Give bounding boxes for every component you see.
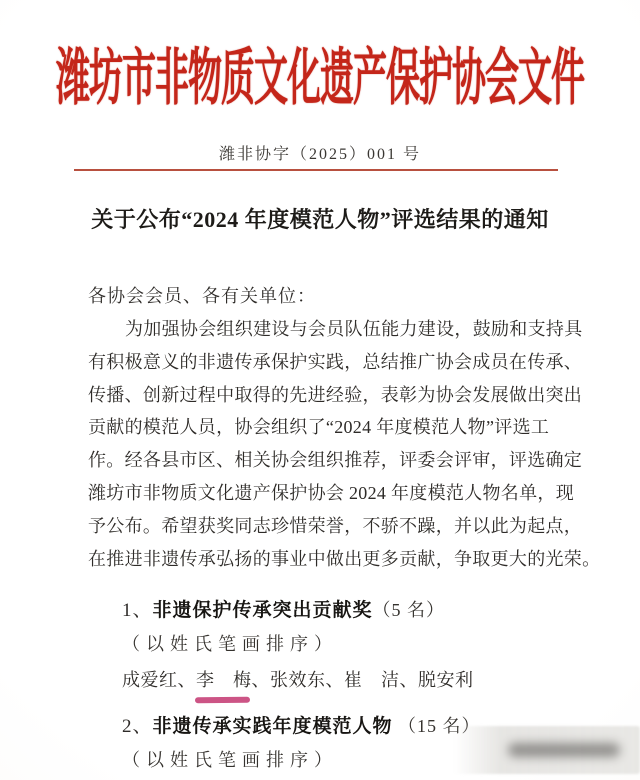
section-quota: （5 名） [373,600,446,620]
section-title: 非遗传承实践年度模范人物 [153,716,393,737]
notice-title: 关于公布“2024 年度模范人物”评选结果的通知 [0,203,640,234]
name-highlighted-underline: 李 梅 [196,664,252,697]
body-line: 为加强协会组织建设与会员队伍能力建设，鼓励和支持具 [88,313,566,346]
letterhead: 潍坊市非物质文化遗产保护协会文件 [0,36,640,108]
official-document-page: 潍坊市非物质文化遗产保护协会文件 潍非协字（2025）001 号 关于公布“20… [0,0,640,780]
body-line: 有积极意义的非遗传承保护实践，总结推广协会成员在传承、 [88,346,566,379]
award-section-1-names: 成爱红、李 梅、张效东、崔 洁、脱安利 [122,664,474,697]
letterhead-title: 潍坊市非物质文化遗产保护协会文件 [56,28,584,116]
body-line: 潍坊市非物质文化遗产保护协会 2024 年度模范人物名单，现 [88,477,566,510]
award-section-1-sort-note: （以姓氏笔画排序） [122,628,338,661]
salutation: 各协会会员、各有关单位： [88,280,316,313]
section-number: 2、 [122,716,153,737]
body-line: 传播、创新过程中取得的先进经验，表彰为协会发展做出突出 [88,379,566,412]
blurred-watermark-text [508,743,620,757]
body-line: 在推进非遗传承弘扬的事业中做出更多贡献，争取更大的光荣。 [88,543,566,576]
document-number: 潍非协字（2025）001 号 [0,141,640,164]
body-line: 作。经各县市区、相关协会组织推荐，评委会评审，评选确定 [88,444,566,477]
names-before: 成爱红、 [122,670,196,690]
section-number: 1、 [122,600,153,621]
names-after: 、张效东、崔 洁、脱安利 [252,670,474,690]
award-section-2-sort-note: （以姓氏笔画排序） [122,744,338,777]
award-section-1-heading: 1、非遗保护传承突出贡献奖（5 名） [122,594,445,627]
body-line: 予公布。希望获奖同志珍惜荣誉，不骄不躁，并以此为起点， [88,510,566,543]
blurred-watermark [454,726,640,774]
section-title: 非遗保护传承突出贡献奖 [153,600,373,621]
red-divider-rule [74,169,558,171]
notice-body: 为加强协会组织建设与会员队伍能力建设，鼓励和支持具 有积极意义的非遗传承保护实践… [88,313,566,575]
body-line: 贡献的模范人员，协会组织了“2024 年度模范人物”评选工 [88,411,566,444]
award-section-2-heading: 2、非遗传承实践年度模范人物 （15 名） [122,710,481,743]
